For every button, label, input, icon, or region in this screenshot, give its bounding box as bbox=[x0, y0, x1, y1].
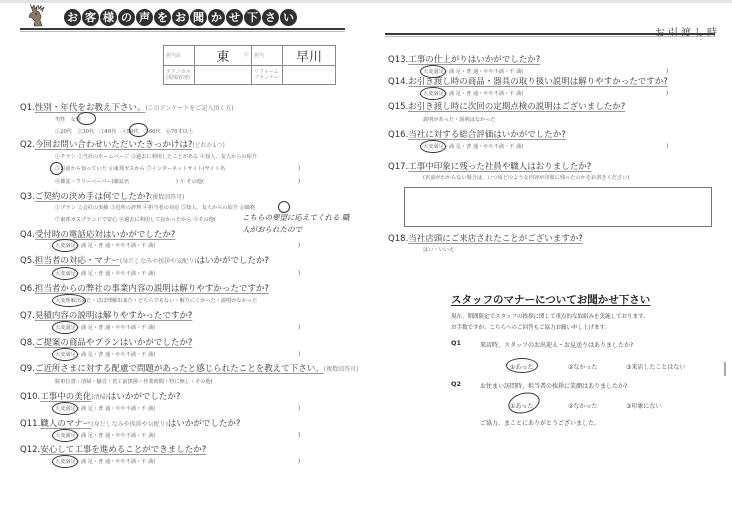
rating-options[interactable]: (名前がわからない場合は、いつ頃どのような内容が印象に残ったのかをお書きください… bbox=[423, 174, 629, 181]
section-rule bbox=[385, 33, 715, 35]
q-num: Q4. bbox=[20, 230, 35, 240]
question-q5: Q5.担当者の対応・マナー(身だしなみや挨拶や気配り)はいかがでしたか? bbox=[20, 254, 269, 266]
rating-options[interactable]: はい・いいえ bbox=[423, 246, 454, 253]
q17-response-box[interactable] bbox=[404, 187, 712, 227]
question-q2: Q2.今回お問い合わせいただいたきっかけは?(どれか1つ) bbox=[20, 138, 225, 150]
question-q16: Q16.当社に対する総合評価はいかがでしたか? bbox=[388, 128, 566, 140]
q-text: 当社に対する総合評価はいかがでしたか? bbox=[408, 130, 566, 140]
paren: ) bbox=[298, 405, 300, 412]
answer-circle bbox=[52, 348, 78, 361]
q2-options-line2[interactable]: ⑤以前から知っていた ⑥東邦ガスから ⑦インターネットサイト(サイト名 bbox=[55, 165, 225, 172]
q-num: Q7. bbox=[20, 311, 35, 321]
q-text: 工事中印象に残った社員や職人はおりましたか? bbox=[408, 162, 591, 172]
store-label: 担当店 bbox=[164, 46, 195, 66]
q-note: (複数回答可) bbox=[324, 366, 359, 373]
q-num: Q13. bbox=[388, 55, 408, 65]
question-q4: Q4.受付時の電話応対はいかがでしたか? bbox=[20, 228, 175, 240]
answer-circle bbox=[52, 239, 78, 252]
q-num: Q16. bbox=[388, 130, 408, 140]
q-text2: はいかがでしたか? bbox=[168, 419, 241, 429]
person-value: 早川 bbox=[296, 50, 322, 65]
q-text: 今回お問い合わせいただいたきっかけは? bbox=[35, 140, 193, 150]
manner-q1-option-2[interactable]: ②なかった bbox=[568, 362, 597, 371]
question-q17: Q17.工事中印象に残った社員や職人はおりましたか? bbox=[388, 160, 591, 172]
q-num: Q6. bbox=[20, 284, 35, 294]
title-char: せ bbox=[226, 9, 243, 26]
q-text: 見積内容の説明は解りやすかったですか? bbox=[35, 311, 193, 321]
manner-q2-option-3[interactable]: ③印象にない bbox=[626, 401, 661, 410]
planner-label: リフォームプランナー bbox=[252, 66, 283, 85]
paren: ) bbox=[298, 432, 300, 439]
rating-options[interactable]: 駐車位置・清掃・騒音・着工前挨拶・作業時間・特に無し・その他( bbox=[55, 378, 213, 385]
q-text: ご契約の決め手は何でしたか? bbox=[35, 192, 150, 202]
paren: ) bbox=[298, 270, 300, 277]
question-q10: Q10.工事中の美化(清掃)はいかがでしたか? bbox=[20, 390, 180, 402]
question-q18: Q18.当社店頭にご来店されたことがございますか? bbox=[388, 232, 583, 244]
answer-circle bbox=[420, 87, 446, 100]
answer-circle bbox=[50, 162, 63, 175]
title-char: お bbox=[172, 9, 189, 26]
store-field[interactable]: 東 店 bbox=[195, 46, 252, 66]
question-q15: Q15.お引き渡し時に次回の定期点検の説明はございましたか? bbox=[388, 100, 625, 112]
q-text2: はいかがでしたか? bbox=[108, 392, 181, 402]
manner-q1-number: Q1 bbox=[451, 339, 461, 347]
question-q8: Q8.ご提案の商品やプランはいかがでしたか? bbox=[20, 336, 192, 348]
question-q11: Q11.職人のマナー(身だしなみや挨拶や気配り)はいかがでしたか? bbox=[20, 417, 240, 429]
q-note-inline: (清掃) bbox=[91, 394, 108, 401]
q-num: Q11. bbox=[20, 419, 40, 429]
q-num: Q14. bbox=[388, 77, 408, 87]
staff-manner-desc-1: 現在、期間限定でスタッフの挨拶に関して重点的な取組みを実施しております。 bbox=[451, 312, 649, 320]
answer-circle bbox=[77, 112, 96, 125]
section-rule-shadow bbox=[385, 36, 715, 37]
q-text: お引き渡し時に次回の定期点検の説明はございましたか? bbox=[408, 102, 625, 112]
paren: ) bbox=[666, 68, 668, 75]
title-rule-shadow bbox=[20, 31, 345, 32]
q1-age-options[interactable]: ①20代 ②30代 ③40代 ④50代 ⑤60代 ⑥70才以上 bbox=[55, 128, 193, 135]
manner-q2-text: お住まい訪問時、担当者の挨拶に笑顔はありましたか? bbox=[480, 381, 627, 390]
answer-circle bbox=[506, 358, 538, 373]
q-num: Q18. bbox=[388, 234, 408, 244]
answer-circle bbox=[52, 429, 78, 442]
q-text: 受付時の電話応対はいかがでしたか? bbox=[35, 230, 176, 240]
answer-circle bbox=[52, 267, 78, 280]
technical-field[interactable] bbox=[195, 66, 252, 85]
thanks-message: ご協力、まことにありがとうございました。 bbox=[480, 418, 600, 427]
question-q14: Q14.お引き渡し時の商品・器具の取り扱い説明は解りやすかったですか? bbox=[388, 75, 668, 87]
q-note-inline: (身だしなみや挨拶や気配り) bbox=[120, 258, 197, 265]
staff-manner-title: スタッフのマナーについてお聞かせ下さい bbox=[451, 292, 650, 307]
question-q1: Q1.性別・年代をお教え下さい。(このアンケートをご記入頂く方) bbox=[20, 101, 234, 113]
title-char: お bbox=[64, 9, 81, 26]
q2-options-line3[interactable]: ⑧雑誌・フリーペーパー(雑誌名 ) ⑨ その他( bbox=[55, 178, 204, 185]
title-char: 声 bbox=[136, 9, 153, 26]
q-text: 当社店頭にご来店されたことがございますか? bbox=[408, 234, 583, 244]
q-note: (どれか1つ) bbox=[192, 142, 225, 149]
answer-circle bbox=[506, 389, 542, 417]
q-note: (このアンケートをご記入頂く方) bbox=[145, 105, 233, 112]
answer-circle bbox=[52, 402, 78, 415]
q-note-inline: (身だしなみや挨拶や気配り) bbox=[91, 421, 168, 428]
answer-circle bbox=[129, 123, 148, 137]
q-text: ご近所さまに対する配慮で問題があったと感じられたことを教えて下さい。 bbox=[35, 364, 324, 374]
q-num: Q8. bbox=[20, 338, 35, 348]
manner-q2-number: Q2 bbox=[451, 380, 461, 388]
q-num: Q15. bbox=[388, 102, 408, 112]
q-text: 安心して工事を進めることができましたか? bbox=[40, 445, 206, 455]
person-field[interactable]: 早川 bbox=[283, 46, 336, 66]
paren: ) bbox=[298, 324, 300, 331]
q-number: Q1. bbox=[20, 103, 35, 113]
technical-label: テクニカル(現場管理) bbox=[164, 66, 195, 85]
q3-options-line1[interactable]: ①プラン ②会社の実績 ③近所の評判 ④担当者の対応 ⑤知人、友人からの紹介 ⑥… bbox=[55, 204, 255, 211]
manner-q1-option-3[interactable]: ③来店したことはない bbox=[626, 362, 685, 371]
scrollbar[interactable] bbox=[724, 362, 726, 376]
paren: ) bbox=[298, 458, 300, 465]
q3-options-line2[interactable]: ⑦東邦ガスブランドで安心 ⑧過去に利用して良かったから ⑨その他( bbox=[55, 216, 216, 223]
question-q12: Q12.安心して工事を進めることができましたか? bbox=[20, 443, 206, 455]
question-q9: Q9.ご近所さまに対する配慮で問題があったと感じられたことを教えて下さい。(複数… bbox=[20, 362, 358, 374]
paren: ) bbox=[298, 242, 300, 249]
q-text: ご提案の商品やプランはいかがでしたか? bbox=[35, 338, 193, 348]
q-num: Q17. bbox=[388, 162, 408, 172]
question-q7: Q7.見積内容の説明は解りやすかったですか? bbox=[20, 309, 192, 321]
title-char: か bbox=[208, 9, 225, 26]
deer-head-icon bbox=[24, 2, 52, 28]
q-num: Q5. bbox=[20, 256, 35, 266]
q-text: 工事の仕上がりはいかがでしたか? bbox=[408, 55, 540, 65]
q-num: Q12. bbox=[20, 445, 40, 455]
answer-circle bbox=[52, 294, 86, 307]
paren: ) bbox=[298, 351, 300, 358]
store-suffix: 店 bbox=[244, 51, 249, 58]
person-label: 担当 bbox=[252, 46, 283, 66]
paren: ) bbox=[298, 165, 300, 172]
store-value: 東 bbox=[216, 50, 229, 65]
q-num: Q10. bbox=[20, 392, 40, 402]
page-title: お客様の声をお聞かせ下さい bbox=[64, 9, 297, 26]
question-q3: Q3.ご契約の決め手は何でしたか?(複数回答可) bbox=[20, 190, 185, 202]
title-char: 下 bbox=[244, 9, 261, 26]
rating-options[interactable]: 説明があった・説明はなかった bbox=[423, 116, 496, 123]
q-text: お引き渡し時の商品・器具の取り扱い説明は解りやすかったですか? bbox=[408, 77, 668, 87]
title-char: 客 bbox=[82, 9, 99, 26]
manner-q2-option-2[interactable]: ②なかった bbox=[568, 401, 597, 410]
answer-circle bbox=[52, 455, 78, 468]
manner-q1-text: 来店時、スタッフのお出迎え・お見送りはありましたか? bbox=[480, 340, 633, 349]
question-q13: Q13.工事の仕上がりはいかがでしたか? bbox=[388, 53, 540, 65]
q-text: 工事中の美化 bbox=[40, 392, 91, 402]
title-char: い bbox=[280, 9, 297, 26]
staff-manner-desc-2: お手数ですが、こちらへのご回答もご協力お願い申し上げます。 bbox=[451, 323, 610, 331]
q-number: Q3. bbox=[20, 192, 35, 202]
planner-field[interactable] bbox=[283, 66, 336, 85]
handwritten-other: こちらの要望に応えてくれる 職人がおられたので bbox=[242, 212, 352, 236]
q2-options-line1[interactable]: ①チラシ ②当社のホームページ ③過去に利用したことがある ④知人、友人からの紹… bbox=[55, 153, 257, 160]
title-char: さ bbox=[262, 9, 279, 26]
paren: ) bbox=[666, 143, 668, 150]
question-q6: Q6.担当者からの弊社の事業内容の説明は解りやすかったですか? bbox=[20, 282, 269, 294]
paren: ) bbox=[298, 178, 300, 185]
q-text2: はいかがでしたか? bbox=[197, 256, 270, 266]
answer-circle bbox=[420, 140, 446, 153]
page-edge bbox=[0, 0, 732, 3]
title-char: を bbox=[154, 9, 171, 26]
q-text: 担当者からの弊社の事業内容の説明は解りやすかったですか? bbox=[35, 284, 269, 294]
title-rule bbox=[20, 28, 345, 30]
q-num: Q9. bbox=[20, 364, 35, 374]
answer-circle bbox=[52, 321, 78, 334]
paren: ) bbox=[666, 90, 668, 97]
staff-table: 担当店 東 店 担当 早川 テクニカル(現場管理) リフォームプランナー bbox=[163, 45, 336, 85]
q-note: (複数回答可) bbox=[150, 194, 185, 201]
title-char: 聞 bbox=[190, 9, 207, 26]
q-number: Q2. bbox=[20, 140, 35, 150]
q-text: 職人のマナー bbox=[40, 419, 91, 429]
title-char: 様 bbox=[100, 9, 117, 26]
q-text: 担当者の対応・マナー bbox=[35, 256, 120, 266]
title-char: の bbox=[118, 9, 135, 26]
